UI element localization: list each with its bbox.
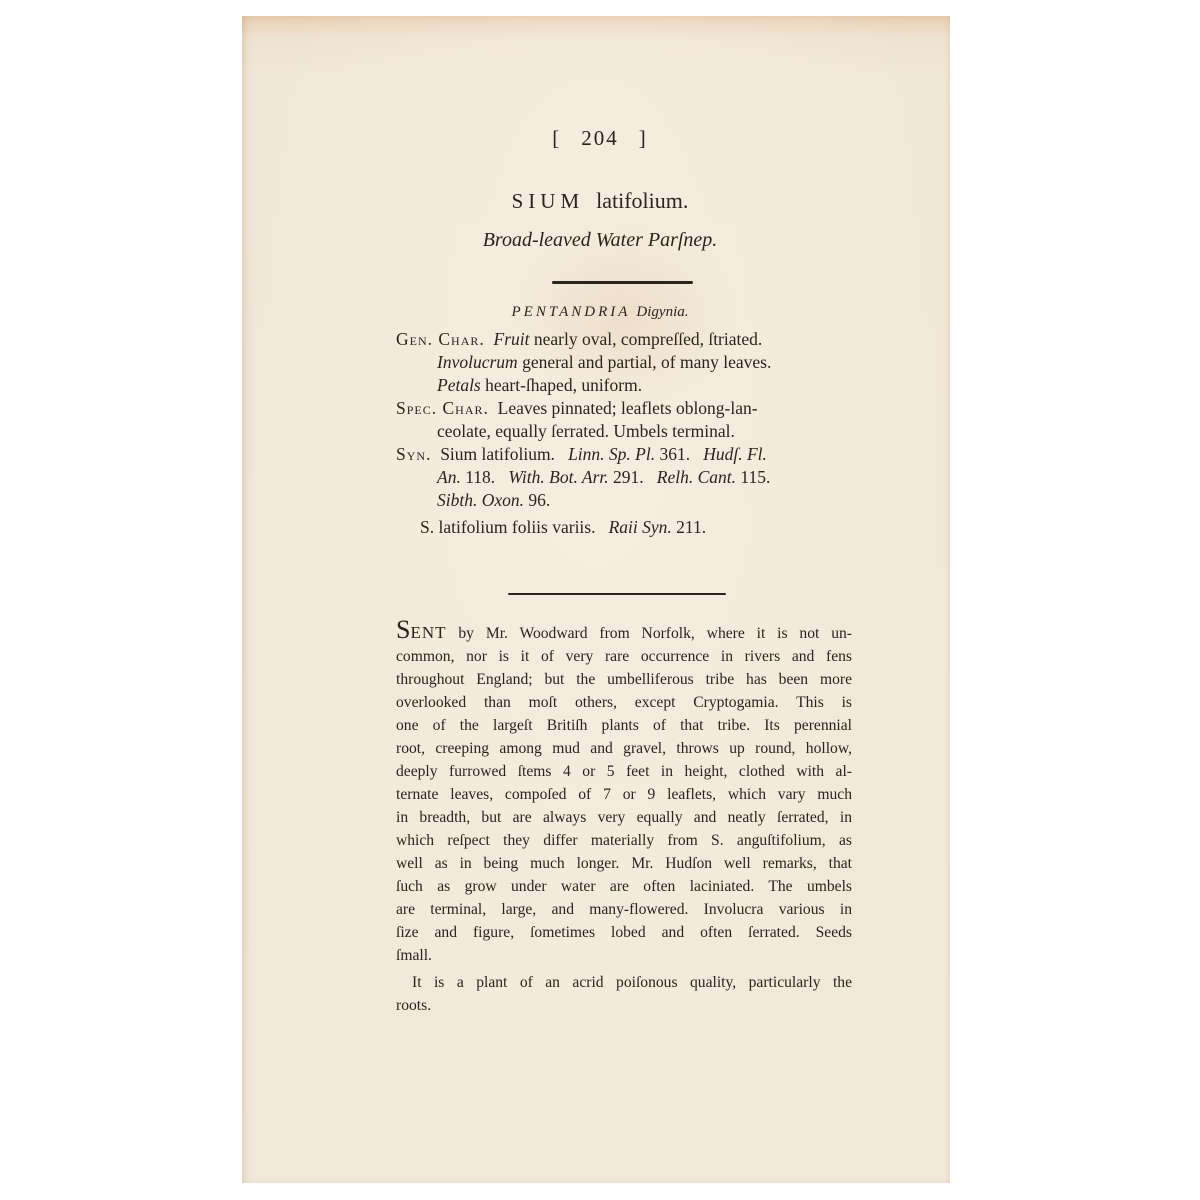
text-line: which reſpect they differ materially fro… [396, 829, 852, 852]
syn-name: Sium latifolium. [440, 444, 555, 464]
gen-char-text: general and partial, of many leaves. [518, 352, 772, 372]
text-line: ſmall. [396, 944, 852, 967]
syn-page: 361. [659, 444, 690, 464]
specific-character: Spec. Char. Leaves pinnated; leaflets ob… [396, 397, 856, 443]
species-name: latifolium. [596, 188, 688, 213]
spec-char-text: ceolate, equally ſerrated. Umbels termin… [396, 420, 856, 443]
bracket-open: [ [552, 126, 561, 150]
text-line: ſuch as grow under water are often lacin… [396, 875, 852, 898]
synonymy: Syn. Sium latifolium. Linn. Sp. Pl. 361.… [396, 443, 856, 539]
syn-reference: Raii Syn. [609, 517, 672, 537]
gen-char-term: Involucrum [437, 352, 518, 372]
description-text: SENT by Mr. Woodward from Norfolk, where… [396, 620, 852, 1017]
syn-reference: Hudſ. Fl. [703, 444, 767, 464]
genus-name: SIUM [512, 189, 585, 213]
common-name: Broad-leaved Water Parſnep. [0, 229, 1200, 252]
syn-label: Syn. [396, 444, 431, 464]
generic-character: Gen. Char. Fruit nearly oval, compreſſed… [396, 328, 856, 397]
bracket-close: ] [639, 126, 648, 150]
text-line: deeply furrowed ſtems 4 or 5 feet in hei… [396, 760, 852, 783]
opening-smallcaps: ENT [410, 623, 446, 642]
text-line: root, creeping among mud and gravel, thr… [396, 737, 852, 760]
text-line: ternate leaves, compoſed of 7 or 9 leafl… [396, 783, 852, 806]
gen-char-term: Fruit [494, 329, 530, 349]
divider-rule-top [552, 281, 693, 284]
syn-page: 96. [528, 490, 550, 510]
text-line: well as in being much longer. Mr. Hudſon… [396, 852, 852, 875]
spec-char-label: Spec. Char. [396, 398, 489, 418]
syn-reference: Linn. Sp. Pl. [568, 444, 655, 464]
gen-char-text: nearly oval, compreſſed, ſtriated. [530, 329, 763, 349]
text-line: are terminal, large, and many-flowered. … [396, 898, 852, 921]
text-line: common, nor is it of very rare occurrenc… [396, 645, 852, 668]
syn-alt-name: S. latifolium foliis variis. [420, 517, 595, 537]
text-line: overlooked than moſt others, except Cryp… [396, 691, 852, 714]
species-title: SIUMlatifolium. [0, 188, 1200, 214]
linnaean-order: Digynia. [636, 304, 688, 320]
text-line: ſize and figure, ſometimes lobed and oft… [396, 921, 852, 944]
syn-reference: An. [437, 467, 461, 487]
gen-char-text: heart-ſhaped, uniform. [481, 375, 642, 395]
botanical-characters: Gen. Char. Fruit nearly oval, compreſſed… [396, 328, 856, 539]
paragraph-1: SENT by Mr. Woodward from Norfolk, where… [396, 620, 852, 967]
spec-char-text: Leaves pinnated; leaflets oblong-lan- [498, 398, 758, 418]
syn-reference: Sibth. Oxon. [437, 490, 524, 510]
gen-char-label: Gen. Char. [396, 329, 485, 349]
text-line: one of the largeſt Britiſh plants of tha… [396, 714, 852, 737]
syn-page: 291. [613, 467, 644, 487]
page-number: [204] [0, 126, 1200, 151]
page-number-value: 204 [581, 126, 619, 150]
divider-rule-bottom [508, 593, 726, 595]
text-line: by Mr. Woodward from Norfolk, where it i… [447, 625, 852, 642]
syn-page: 211. [676, 517, 706, 537]
syn-page: 118. [465, 467, 495, 487]
paragraph-2: It is a plant of an acrid poiſonous qual… [396, 971, 852, 1017]
text-line: It is a plant of an acrid poiſonous qual… [396, 971, 852, 994]
linnaean-class: PENTANDRIA [512, 304, 631, 320]
text-line: roots. [396, 994, 852, 1017]
text-line: throughout England; but the umbelliferou… [396, 668, 852, 691]
classification: PENTANDRIADigynia. [0, 304, 1200, 321]
drop-cap: S [396, 615, 410, 644]
syn-page: 115. [740, 467, 770, 487]
syn-reference: Relh. Cant. [657, 467, 736, 487]
text-line: in breadth, but are always very equally … [396, 806, 852, 829]
gen-char-term: Petals [437, 375, 481, 395]
syn-reference: With. Bot. Arr. [508, 467, 608, 487]
